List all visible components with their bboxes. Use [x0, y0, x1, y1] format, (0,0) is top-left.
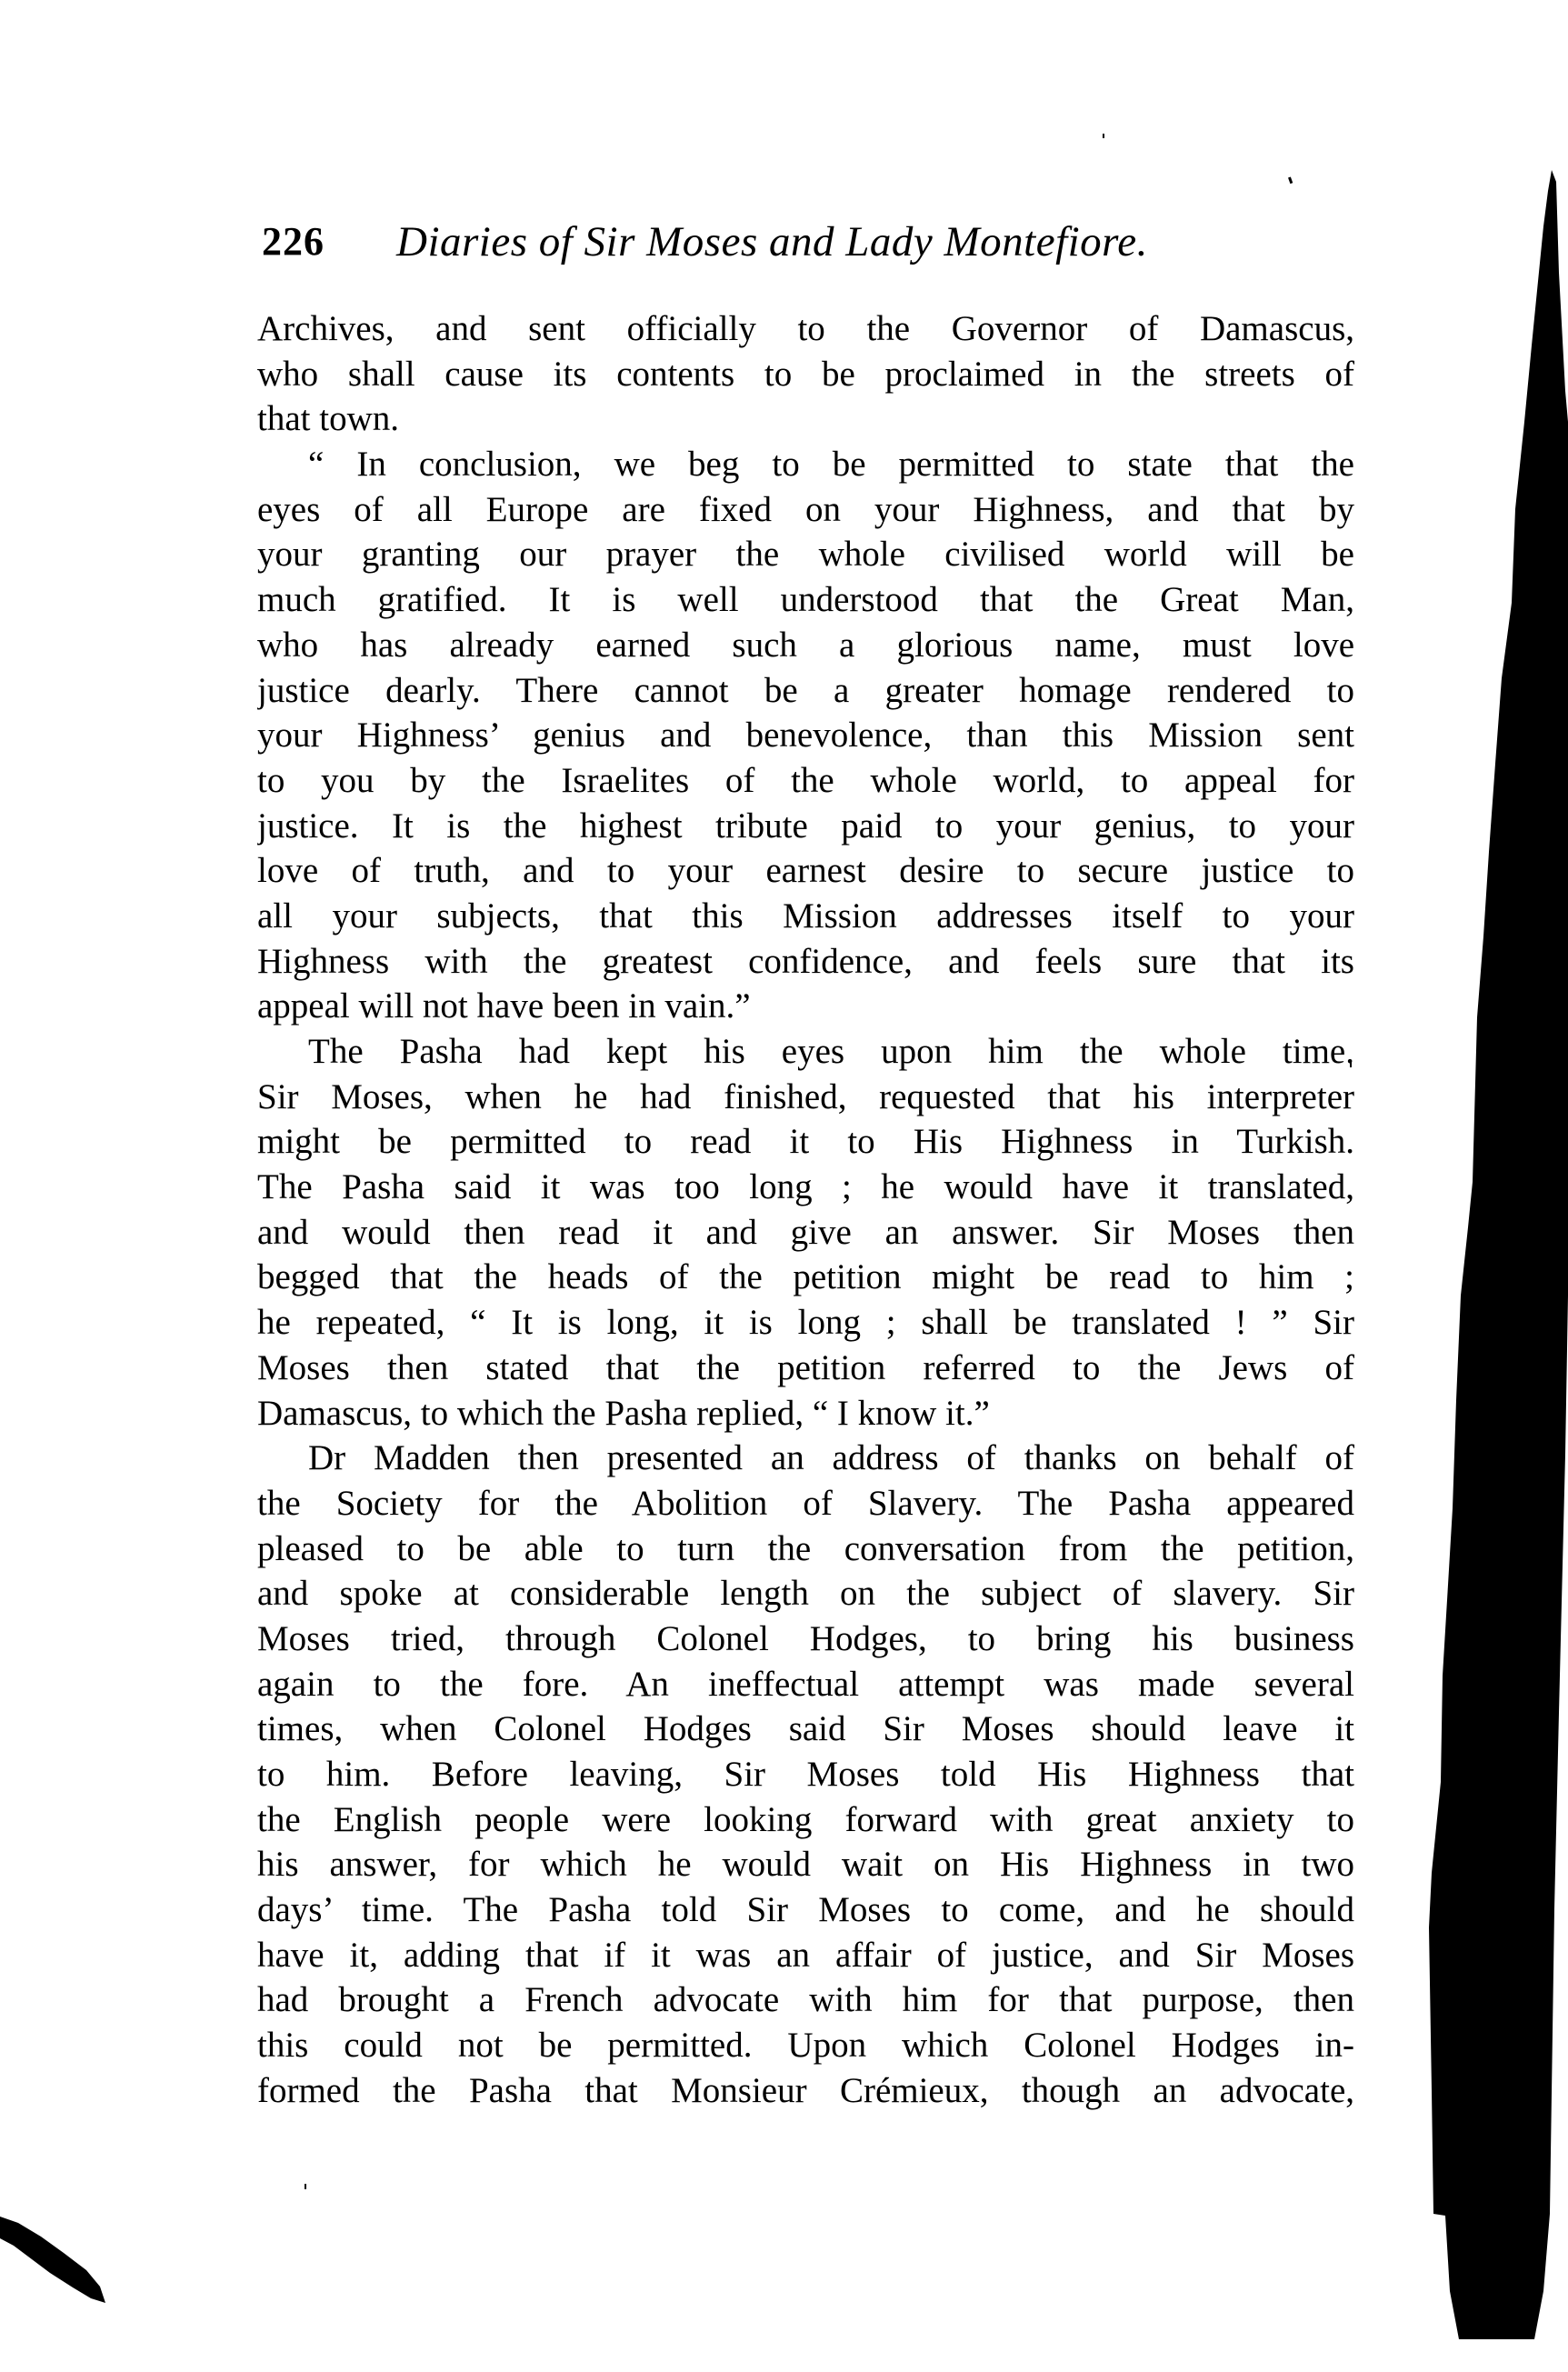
running-title: Diaries of Sir Moses and Lady Montefiore… [396, 215, 1148, 269]
text-line: all your subjects, that this Mission add… [257, 894, 1354, 939]
text-line: Highness with the greatest confidence, a… [257, 939, 1354, 985]
text-line: this could not be permitted. Upon which … [257, 2023, 1354, 2068]
corner-smudge [0, 2217, 105, 2303]
dust-speck [305, 2184, 306, 2189]
text-line: the English people were looking forward … [257, 1797, 1354, 1843]
text-line: days’ time. The Pasha told Sir Moses to … [257, 1887, 1354, 1933]
text-line: he repeated, “ It is long, it is long ; … [257, 1300, 1354, 1346]
text-line: to him. Before leaving, Sir Moses told H… [257, 1752, 1354, 1797]
text-line: and spoke at considerable length on the … [257, 1571, 1354, 1616]
text-line: Sir Moses, when he had finished, request… [257, 1075, 1354, 1120]
text-line: The Pasha had kept his eyes upon him the… [257, 1029, 1354, 1075]
text-line: the Society for the Abolition of Slavery… [257, 1481, 1354, 1526]
text-line: appeal will not have been in vain.” [257, 984, 1354, 1029]
text-line: justice dearly. There cannot be a greate… [257, 668, 1354, 714]
text-line: to you by the Israelites of the whole wo… [257, 758, 1354, 804]
text-line: have it, adding that if it was an affair… [257, 1933, 1354, 1978]
text-line: Moses tried, through Colonel Hodges, to … [257, 1616, 1354, 1662]
text-line: Damascus, to which the Pasha replied, “ … [257, 1391, 1354, 1436]
text-line: his answer, for which he would wait on H… [257, 1842, 1354, 1887]
body-text: Archives, and sent officially to the Gov… [257, 306, 1354, 2114]
text-line: might be permitted to read it to His Hig… [257, 1119, 1354, 1165]
text-line: eyes of all Europe are fixed on your Hig… [257, 487, 1354, 533]
text-line: “ In conclusion, we beg to be permitted … [257, 442, 1354, 487]
text-line: your Highness’ genius and benevolence, t… [257, 713, 1354, 758]
text-line: pleased to be able to turn the conversat… [257, 1526, 1354, 1572]
text-line: justice. It is the highest tribute paid … [257, 804, 1354, 849]
text-line: Dr Madden then presented an address of t… [257, 1436, 1354, 1481]
text-line: Archives, and sent officially to the Gov… [257, 306, 1354, 352]
text-line: much gratified. It is well understood th… [257, 577, 1354, 623]
text-line: The Pasha said it was too long ; he woul… [257, 1165, 1354, 1210]
text-line: who shall cause its contents to be procl… [257, 352, 1354, 397]
text-line: that town. [257, 396, 1354, 442]
dust-speck [1103, 134, 1104, 138]
page-number-text: 226 [262, 219, 325, 264]
text-line: formed the Pasha that Monsieur Crémieux,… [257, 2068, 1354, 2114]
page-number: 226 [262, 215, 325, 269]
text-line: Moses then stated that the petition refe… [257, 1346, 1354, 1391]
paragraph: Archives, and sent officially to the Gov… [257, 306, 1354, 442]
text-line: begged that the heads of the petition mi… [257, 1255, 1354, 1300]
paragraph: The Pasha had kept his eyes upon him the… [257, 1029, 1354, 1436]
text-line: and would then read it and give an answe… [257, 1210, 1354, 1256]
dust-speck [1288, 176, 1293, 184]
book-page: 226 Diaries of Sir Moses and Lady Montef… [0, 0, 1568, 2372]
text-line: your granting our prayer the whole civil… [257, 532, 1354, 577]
text-line: had brought a French advocate with him f… [257, 1977, 1354, 2023]
text-line: who has already earned such a glorious n… [257, 623, 1354, 668]
text-line: times, when Colonel Hodges said Sir Mose… [257, 1706, 1354, 1752]
paragraph: “ In conclusion, we beg to be permitted … [257, 442, 1354, 1029]
binding-shadow [1429, 170, 1568, 2339]
text-line: again to the fore. An ineffectual attemp… [257, 1662, 1354, 1707]
paragraph: Dr Madden then presented an address of t… [257, 1436, 1354, 2113]
text-line: love of truth, and to your earnest desir… [257, 848, 1354, 894]
running-head: 226 Diaries of Sir Moses and Lady Montef… [262, 215, 1262, 269]
